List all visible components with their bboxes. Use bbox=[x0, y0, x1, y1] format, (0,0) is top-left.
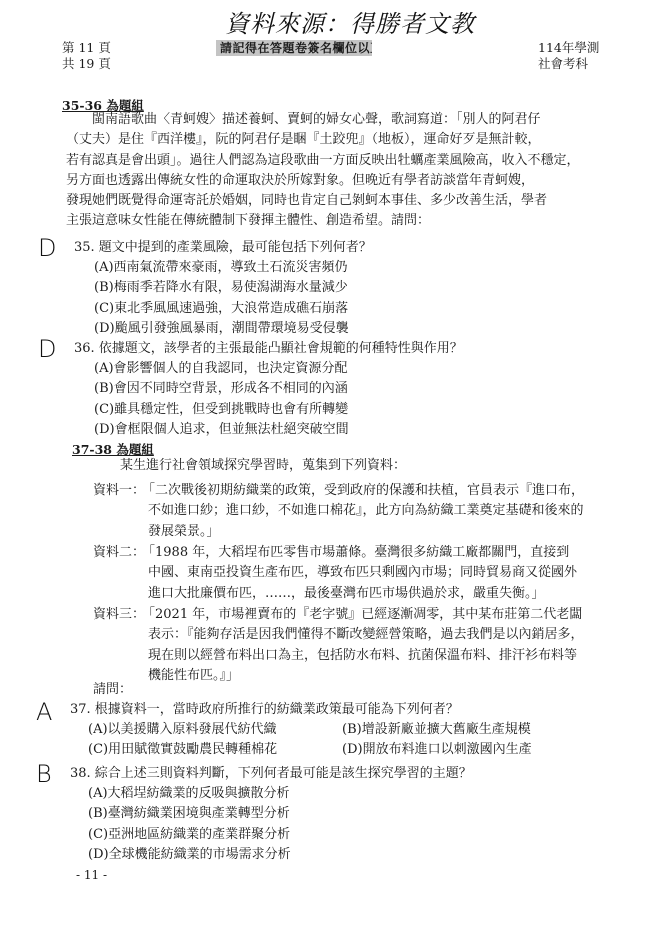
option-b: (B)臺灣紡織業困境與產業轉型分析 bbox=[88, 804, 291, 824]
option-a: (A)西南氣流帶來豪雨，導致土石流災害頻仍 bbox=[94, 258, 349, 278]
option-d: (D)會框限個人追求，但並無法杜絕突破空間 bbox=[94, 420, 349, 440]
option-d: (D)全球機能紡織業的市場需求分析 bbox=[88, 845, 291, 865]
source-3-body: 「2021 年，市場裡賣布的『老字號』已經逐漸凋零，其中某布莊第二代老闆 表示：… bbox=[142, 605, 622, 686]
exam-subject: 社會考科 bbox=[538, 56, 599, 72]
passage-line: 另方面也透露出傳統女性的命運取決於所嫁對象。但晚近有學者訪談當年青蚵嫂， bbox=[66, 171, 626, 191]
option-a: (A)以美援購入原料發展代紡代織 bbox=[88, 720, 342, 740]
question-37-options: (A)以美援購入原料發展代紡代織 (B)增設新廠並擴大舊廠生產規模 (C)用田賦… bbox=[88, 720, 608, 761]
option-d: (D)開放布料進口以刺激國內生產 bbox=[342, 740, 532, 760]
source-2-label: 資料二： bbox=[93, 543, 145, 563]
source-1-body: 「二次戰後初期紡織業的政策，受到政府的保護和扶植，官員表示『進口布， 不如進口紗… bbox=[142, 481, 622, 542]
watermark-handwritten: 資料來源：得勝者文教 bbox=[225, 4, 475, 39]
question-35-options: (A)西南氣流帶來豪雨，導致土石流災害頻仍 (B)梅雨季若降水有限，易使潟湖海水… bbox=[94, 258, 349, 339]
group-intro: 某生進行社會領域探究學習時，蒐集到下列資料： bbox=[120, 456, 406, 476]
option-c: (C)用田賦徵實鼓勵農民轉種棉花 bbox=[88, 740, 342, 760]
question-37-stem: 37. 根據資料一，當時政府所推行的紡織業政策最可能為下列何者？ bbox=[70, 700, 459, 720]
page-current: 第 11 頁 bbox=[62, 40, 111, 56]
passage-line: 閩南語歌曲〈青蚵嫂〉描述養蚵、賣蚵的婦女心聲，歌詞寫道：「別人的阿君仔 bbox=[66, 110, 626, 130]
handwritten-answer-37: A bbox=[36, 698, 52, 726]
exam-year: 114年學測 bbox=[538, 40, 599, 56]
question-36-stem: 36. 依據題文，該學者的主張最能凸顯社會規範的何種特性與作用？ bbox=[74, 339, 463, 359]
option-a: (A)大稻埕紡織業的反吸與擴散分析 bbox=[88, 784, 291, 804]
passage-line: 主張這意味女性能在傳統體制下發揮主體性、創造希望。請問： bbox=[66, 211, 626, 231]
option-c: (C)東北季風風速過強，大浪常造成礁石崩落 bbox=[94, 299, 349, 319]
passage-line: 發現她們既覺得命運寄託於婚姻，同時也肯定自己剝蚵本事佳、多少改善生活，學者 bbox=[66, 191, 626, 211]
passage-35-36: 閩南語歌曲〈青蚵嫂〉描述養蚵、賣蚵的婦女心聲，歌詞寫道：「別人的阿君仔 （丈夫）… bbox=[66, 110, 626, 232]
source-2-body: 「1988 年，大稻埕布匹零售市場蕭條。臺灣很多紡織工廠都關門，直接到 中國、東… bbox=[142, 543, 622, 604]
question-36-options: (A)會影響個人的自我認同，也決定資源分配 (B)會因不同時空背景，形成各不相同… bbox=[94, 359, 349, 440]
source-line: 不如進口紗；進口紗，不如進口棉花』，此方向為紡織工業奠定基礎和後來的 bbox=[142, 501, 622, 521]
question-35-stem: 35. 題文中提到的產業風險，最可能包括下列何者？ bbox=[74, 238, 372, 258]
source-1-label: 資料一： bbox=[93, 481, 145, 501]
option-c: (C)雖具穩定性，但受到挑戰時也會有所轉變 bbox=[94, 400, 349, 420]
passage-line: （丈夫）是住『西洋樓』，阮的阿君仔是睏『土跤兜』（地板），運命好歹是無計較， bbox=[66, 130, 626, 150]
source-3-label: 資料三： bbox=[93, 605, 145, 625]
signature-reminder-banner: 請記得在答題卷簽名欄位以正楷簽全名 bbox=[216, 40, 372, 56]
option-d: (D)颱風引發強風暴雨，潮間帶環境易受侵襲 bbox=[94, 319, 349, 339]
page-indicator: 第 11 頁 共 19 頁 bbox=[62, 40, 111, 72]
source-line: 中國、東南亞投資生產布匹，導致布匹只剩國內市場；同時貿易商又從國外 bbox=[142, 563, 622, 583]
source-line: 「二次戰後初期紡織業的政策，受到政府的保護和扶植，官員表示『進口布， bbox=[142, 481, 622, 501]
source-line: 進口大批廉價布匹，……，最後臺灣布匹市場供過於求，嚴重失衡。」 bbox=[142, 584, 622, 604]
ask-label: 請問： bbox=[93, 680, 132, 700]
source-line: 「2021 年，市場裡賣布的『老字號』已經逐漸凋零，其中某布莊第二代老闆 bbox=[142, 605, 622, 625]
page-number-footer: - 11 - bbox=[76, 868, 107, 882]
source-line: 機能性布匹。』」 bbox=[142, 666, 622, 686]
exam-info: 114年學測 社會考科 bbox=[538, 40, 599, 72]
question-38-options: (A)大稻埕紡織業的反吸與擴散分析 (B)臺灣紡織業困境與產業轉型分析 (C)亞… bbox=[88, 784, 291, 865]
handwritten-answer-36: D bbox=[38, 335, 56, 363]
option-a: (A)會影響個人的自我認同，也決定資源分配 bbox=[94, 359, 349, 379]
option-b: (B)會因不同時空背景，形成各不相同的內涵 bbox=[94, 379, 349, 399]
option-b: (B)梅雨季若降水有限，易使潟湖海水量減少 bbox=[94, 278, 349, 298]
passage-line: 若有認真是會出頭」。過往人們認為這段歌曲一方面反映出牡蠣產業風險高，收入不穩定， bbox=[66, 151, 626, 171]
source-line: 現在則以經營布料出口為主，包括防水布料、抗菌保溫布料、排汗衫布料等 bbox=[142, 646, 622, 666]
option-c: (C)亞洲地區紡織業的產業群聚分析 bbox=[88, 825, 291, 845]
source-line: 「1988 年，大稻埕布匹零售市場蕭條。臺灣很多紡織工廠都關門，直接到 bbox=[142, 543, 622, 563]
option-b: (B)增設新廠並擴大舊廠生產規模 bbox=[342, 720, 531, 740]
source-line: 發展榮景。」 bbox=[142, 522, 622, 542]
handwritten-answer-38: B bbox=[36, 760, 52, 788]
source-line: 表示：『能夠存活是因我們懂得不斷改變經營策略，過去我們是以內銷居多， bbox=[142, 625, 622, 645]
question-38-stem: 38. 綜合上述三則資料判斷，下列何者最可能是該生探究學習的主題？ bbox=[70, 764, 472, 784]
handwritten-answer-35: D bbox=[38, 234, 56, 262]
page-total: 共 19 頁 bbox=[62, 56, 111, 72]
